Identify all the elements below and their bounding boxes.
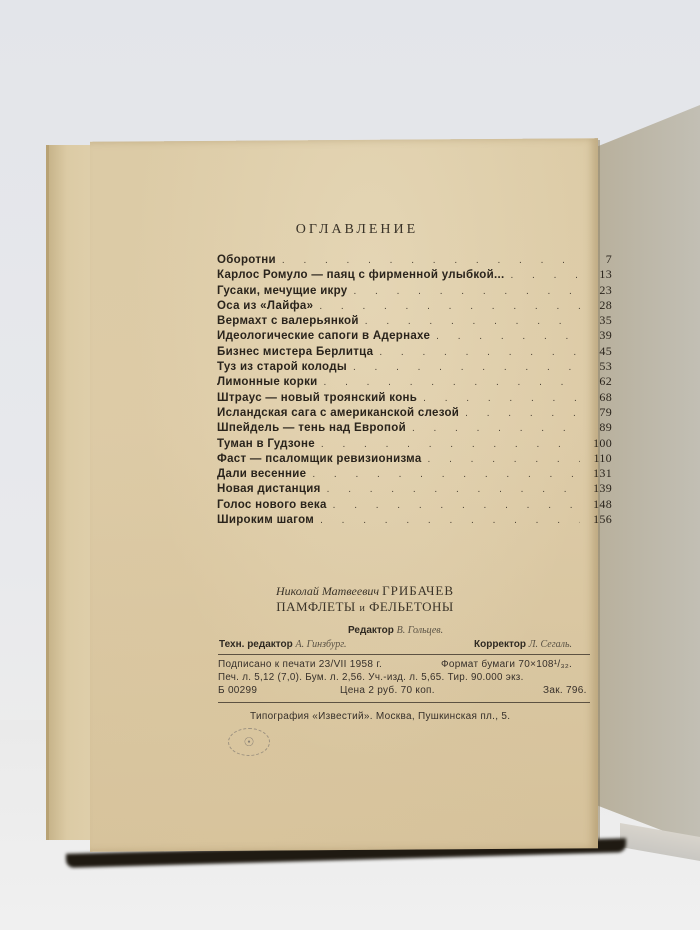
toc-entry-page: 23 (580, 283, 612, 298)
toc-leader-dots: . . . . . . . . . . . . . . . . . . . . … (312, 467, 580, 482)
toc-entry-label: Голос нового века (217, 498, 333, 513)
toc-list: Оборотни. . . . . . . . . . . . . . . . … (217, 252, 612, 527)
corrector-name: Л. Сегаль. (529, 639, 572, 650)
toc-entry-label: Бизнес мистера Берлитца (217, 345, 379, 360)
toc-leader-dots: . . . . . . . . . . . . . . . . . . . . … (353, 284, 580, 299)
toc-leader-dots: . . . . . . . . . . . . . . . . . . . . … (412, 421, 580, 436)
imprint-book-title: ПАМФЛЕТЫ и ФЕЛЬЕТОНЫ (225, 599, 505, 615)
toc-entry-page: 139 (580, 481, 612, 496)
toc-entry-label: Идеологические сапоги в Адернахе (217, 329, 436, 344)
toc-entry-page: 28 (580, 298, 612, 313)
editor-label: Редактор (348, 625, 394, 636)
divider-bottom (218, 702, 590, 703)
toc-entry: Новая дистанция. . . . . . . . . . . . .… (217, 481, 612, 496)
toc-title: ОГЛАВЛЕНИЕ (237, 222, 477, 238)
toc-entry: Карлос Ромуло — паяц с фирменной улыбкой… (217, 267, 612, 282)
toc-entry-page: 156 (580, 512, 612, 527)
toc-entry-page: 68 (580, 390, 612, 405)
toc-entry: Исландская сага с американской слезой. .… (217, 405, 612, 420)
order-number: Зак. 796. (543, 685, 587, 696)
toc-entry-page: 148 (580, 497, 612, 512)
toc-entry-page: 100 (580, 436, 612, 451)
toc-entry-page: 7 (580, 252, 612, 267)
toc-entry-label: Гусаки, мечущие икру (217, 284, 353, 299)
toc-entry-page: 13 (580, 267, 612, 282)
toc-leader-dots: . . . . . . . . . . . . . . . . . . . . … (327, 482, 580, 497)
sheet-counts: Печ. л. 5,12 (7,0). Бум. л. 2,56. Уч.-из… (218, 672, 524, 683)
toc-leader-dots: . . . . . . . . . . . . . . . . . . . . … (511, 268, 581, 283)
toc-leader-dots: . . . . . . . . . . . . . . . . . . . . … (428, 452, 580, 467)
toc-entry: Туман в Гудзоне. . . . . . . . . . . . .… (217, 436, 612, 451)
toc-leader-dots: . . . . . . . . . . . . . . . . . . . . … (353, 360, 580, 375)
toc-entry: Вермахт с валерьянкой. . . . . . . . . .… (217, 313, 612, 328)
tech-editor-credit: Техн. редактор А. Гинзбург. (219, 639, 347, 650)
toc-leader-dots: . . . . . . . . . . . . . . . . . . . . … (333, 498, 580, 513)
toc-entry-label: Вермахт с валерьянкой (217, 314, 365, 329)
printer-info: Типография «Известий». Москва, Пушкинска… (250, 711, 510, 722)
toc-entry: Дали весенние. . . . . . . . . . . . . .… (217, 466, 612, 481)
toc-entry-label: Широким шагом (217, 513, 320, 528)
toc-leader-dots: . . . . . . . . . . . . . . . . . . . . … (320, 513, 580, 528)
toc-entry-label: Дали весенние (217, 467, 312, 482)
toc-leader-dots: . . . . . . . . . . . . . . . . . . . . … (423, 391, 580, 406)
toc-entry-page: 89 (580, 420, 612, 435)
toc-entry: Гусаки, мечущие икру. . . . . . . . . . … (217, 283, 612, 298)
author-surname: ГРИБАЧЕВ (382, 583, 454, 598)
toc-entry-page: 35 (580, 313, 612, 328)
toc-entry-page: 131 (580, 466, 612, 481)
toc-leader-dots: . . . . . . . . . . . . . . . . . . . . … (324, 375, 580, 390)
toc-entry: Голос нового века. . . . . . . . . . . .… (217, 497, 612, 512)
toc-entry-label: Туман в Гудзоне (217, 437, 321, 452)
toc-entry-label: Карлос Ромуло — паяц с фирменной улыбкой… (217, 268, 511, 283)
library-stamp-icon: ☉ (228, 728, 270, 756)
toc-entry: Лимонные корки. . . . . . . . . . . . . … (217, 374, 612, 389)
toc-entry: Туз из старой колоды. . . . . . . . . . … (217, 359, 612, 374)
toc-entry: Оса из «Лайфа». . . . . . . . . . . . . … (217, 298, 612, 313)
author-given-name: Николай Матвеевич (276, 584, 379, 598)
toc-entry-page: 53 (580, 359, 612, 374)
imprint-author: Николай Матвеевич ГРИБАЧЕВ (225, 583, 505, 599)
toc-entry-label: Лимонные корки (217, 375, 324, 390)
toc-entry-page: 79 (580, 405, 612, 420)
toc-leader-dots: . . . . . . . . . . . . . . . . . . . . … (436, 329, 580, 344)
toc-entry-page: 110 (580, 451, 612, 466)
toc-leader-dots: . . . . . . . . . . . . . . . . . . . . … (282, 253, 580, 268)
toc-entry: Фаст — псаломщик ревизионизма. . . . . .… (217, 451, 612, 466)
toc-entry-page: 39 (580, 328, 612, 343)
paper-format: Формат бумаги 70×108¹/₃₂. (441, 659, 572, 670)
toc-entry-label: Оборотни (217, 253, 282, 268)
toc-entry: Идеологические сапоги в Адернахе. . . . … (217, 328, 612, 343)
toc-entry-label: Штраус — новый троянский конь (217, 391, 423, 406)
toc-entry: Штраус — новый троянский конь. . . . . .… (217, 390, 612, 405)
toc-entry-label: Исландская сага с американской слезой (217, 406, 465, 421)
toc-leader-dots: . . . . . . . . . . . . . . . . . . . . … (465, 406, 580, 421)
toc-entry-label: Оса из «Лайфа» (217, 299, 319, 314)
toc-entry-page: 45 (580, 344, 612, 359)
editor-credit: Редактор В. Гольцев. (348, 625, 443, 636)
toc-entry: Шпейдель — тень над Европой. . . . . . .… (217, 420, 612, 435)
signed-date: Подписано к печати 23/VII 1958 г. (218, 659, 382, 670)
toc-leader-dots: . . . . . . . . . . . . . . . . . . . . … (379, 345, 580, 360)
publication-code: Б 00299 (218, 685, 257, 696)
title-part-2: ФЕЛЬЕТОНЫ (369, 599, 454, 614)
toc-leader-dots: . . . . . . . . . . . . . . . . . . . . … (365, 314, 580, 329)
corrector-label: Корректор (474, 639, 526, 650)
toc-entry-label: Шпейдель — тень над Европой (217, 421, 412, 436)
toc-leader-dots: . . . . . . . . . . . . . . . . . . . . … (319, 299, 580, 314)
title-conjunction: и (359, 603, 365, 614)
divider-top (218, 654, 590, 655)
toc-entry: Широким шагом. . . . . . . . . . . . . .… (217, 512, 612, 527)
toc-entry: Оборотни. . . . . . . . . . . . . . . . … (217, 252, 612, 267)
corrector-credit: Корректор Л. Сегаль. (474, 639, 572, 650)
toc-entry-label: Туз из старой колоды (217, 360, 353, 375)
price: Цена 2 руб. 70 коп. (340, 685, 435, 696)
tech-editor-name: А. Гинзбург. (296, 639, 347, 650)
editor-name: В. Гольцев. (397, 625, 443, 636)
title-part-1: ПАМФЛЕТЫ (276, 599, 356, 614)
toc-leader-dots: . . . . . . . . . . . . . . . . . . . . … (321, 437, 580, 452)
toc-entry-page: 62 (580, 374, 612, 389)
toc-entry: Бизнес мистера Берлитца. . . . . . . . .… (217, 344, 612, 359)
tech-editor-label: Техн. редактор (219, 639, 293, 650)
toc-entry-label: Новая дистанция (217, 482, 327, 497)
toc-entry-label: Фаст — псаломщик ревизионизма (217, 452, 428, 467)
